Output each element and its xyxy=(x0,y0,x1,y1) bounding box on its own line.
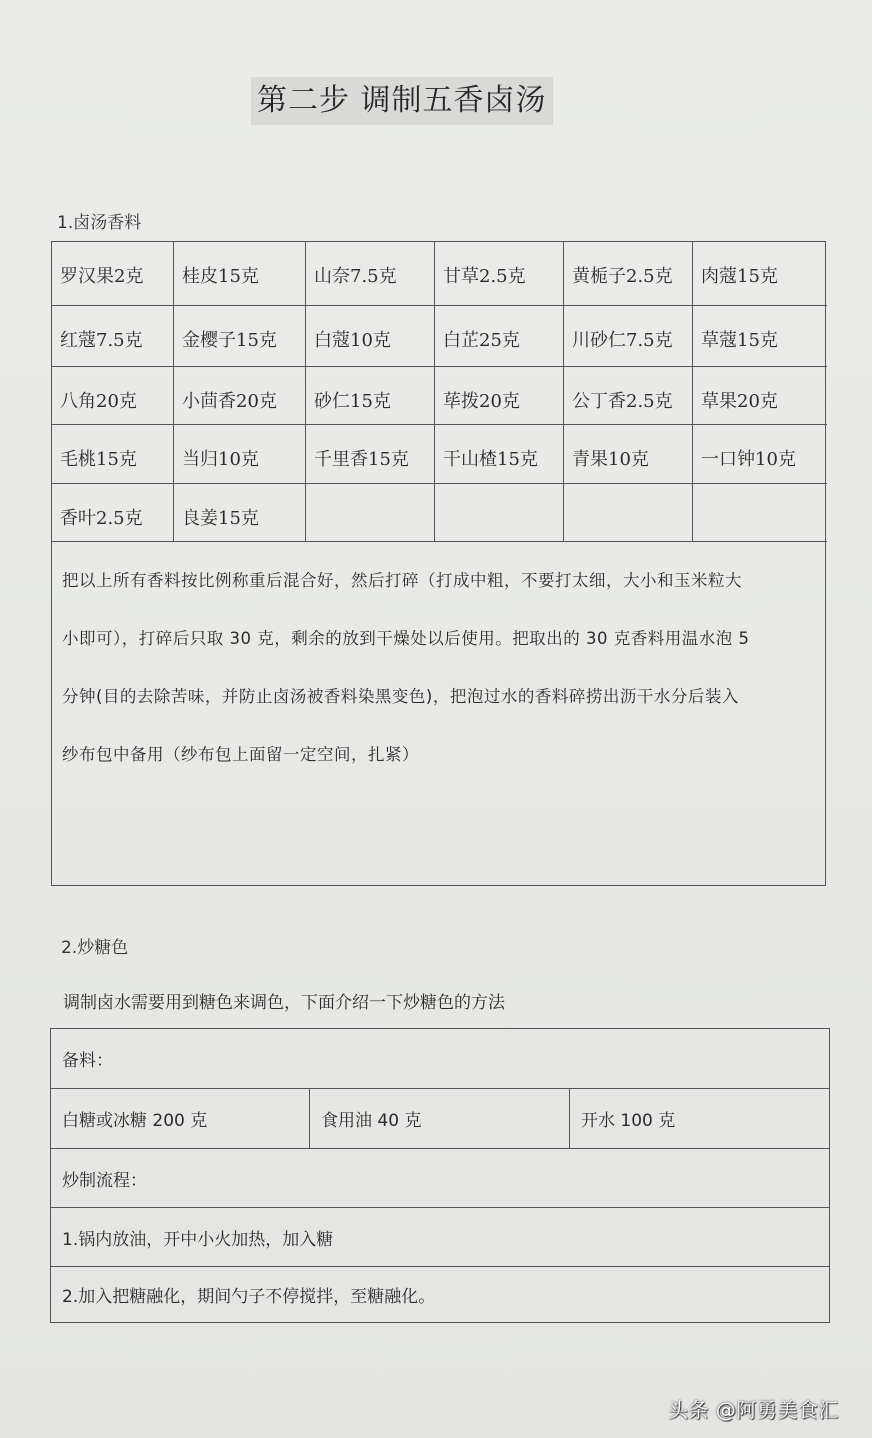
spice-cell: 干山楂15克 xyxy=(435,425,564,484)
spice-cell: 桂皮15克 xyxy=(174,242,306,306)
step-row: 1.锅内放油，开中小火加热，加入糖 xyxy=(51,1208,829,1267)
spice-cell: 八角20克 xyxy=(52,367,174,425)
spice-cell: 一口钟10克 xyxy=(693,425,827,484)
section-heading-spices: 1.卤汤香料 xyxy=(57,208,141,233)
spice-cell: 白蔻10克 xyxy=(306,306,435,367)
spice-cell: 良姜15克 xyxy=(174,484,306,542)
spice-cell: 黄栀子2.5克 xyxy=(564,242,693,306)
materials-label: 备料： xyxy=(62,1046,113,1071)
spice-cell: 毛桃15克 xyxy=(52,425,174,484)
spice-cell: 砂仁15克 xyxy=(306,367,435,425)
spice-cell: 千里香15克 xyxy=(306,425,435,484)
spice-cell: 公丁香2.5克 xyxy=(564,367,693,425)
spice-cell: 青果10克 xyxy=(564,425,693,484)
materials-row: 白糖或冰糖 200 克 食用油 40 克 开水 100 克 xyxy=(51,1089,829,1149)
spice-cell: 山奈7.5克 xyxy=(306,242,435,306)
step-text: 1.锅内放油，开中小火加热，加入糖 xyxy=(62,1225,333,1250)
spice-cell: 香叶2.5克 xyxy=(52,484,174,542)
spice-table: 罗汉果2克 桂皮15克 山奈7.5克 甘草2.5克 黄栀子2.5克 肉蔻15克 … xyxy=(51,241,826,886)
spice-instructions: 把以上所有香料按比例称重后混合好，然后打碎（打成中粗，不要打太细，大小和玉米粒大… xyxy=(52,542,825,784)
spice-cell-empty xyxy=(564,484,693,542)
spice-cell: 小茴香20克 xyxy=(174,367,306,425)
watermark: 头条 @阿勇美食汇 xyxy=(668,1394,839,1423)
spice-cell-empty xyxy=(693,484,827,542)
material-cell: 开水 100 克 xyxy=(569,1089,829,1148)
section-heading-caramel: 2.炒糖色 xyxy=(61,933,128,958)
spice-cell: 金樱子15克 xyxy=(174,306,306,367)
spice-cell: 甘草2.5克 xyxy=(435,242,564,306)
spice-cell: 当归10克 xyxy=(174,425,306,484)
document-page: 第二步 调制五香卤汤 1.卤汤香料 罗汉果2克 桂皮15克 山奈7.5克 甘草2… xyxy=(0,0,872,1438)
process-label-row: 炒制流程： xyxy=(51,1149,829,1208)
spice-cell-empty xyxy=(306,484,435,542)
instruction-line: 纱布包中备用（纱布包上面留一定空间，扎紧） xyxy=(62,726,815,784)
spice-cell: 荜拨20克 xyxy=(435,367,564,425)
step-text: 2.加入把糖融化，期间勺子不停搅拌，至糖融化。 xyxy=(62,1282,435,1307)
spice-cell: 草蔻15克 xyxy=(693,306,827,367)
caramel-table: 备料： 白糖或冰糖 200 克 食用油 40 克 开水 100 克 炒制流程： … xyxy=(50,1028,830,1323)
spice-cell-empty xyxy=(435,484,564,542)
caramel-intro: 调制卤水需要用到糖色来调色，下面介绍一下炒糖色的方法 xyxy=(63,988,505,1013)
spice-cell: 草果20克 xyxy=(693,367,827,425)
process-label: 炒制流程： xyxy=(62,1166,147,1191)
instruction-line: 分钟(目的去除苦味，并防止卤汤被香料染黑变色)，把泡过水的香料碎捞出沥干水分后装… xyxy=(62,668,815,726)
material-cell: 食用油 40 克 xyxy=(309,1089,569,1148)
instruction-line: 把以上所有香料按比例称重后混合好，然后打碎（打成中粗，不要打太细，大小和玉米粒大 xyxy=(62,552,815,610)
materials-label-row: 备料： xyxy=(51,1029,829,1089)
instruction-line: 小即可），打碎后只取 30 克，剩余的放到干燥处以后使用。把取出的 30 克香料… xyxy=(62,610,815,668)
spice-cell: 白芷25克 xyxy=(435,306,564,367)
material-cell: 白糖或冰糖 200 克 xyxy=(51,1089,309,1148)
spice-cell: 肉蔻15克 xyxy=(693,242,827,306)
page-title: 第二步 调制五香卤汤 xyxy=(251,77,553,125)
spice-cell: 川砂仁7.5克 xyxy=(564,306,693,367)
step-row: 2.加入把糖融化，期间勺子不停搅拌，至糖融化。 xyxy=(51,1267,829,1321)
spice-cell: 红蔻7.5克 xyxy=(52,306,174,367)
spice-cell: 罗汉果2克 xyxy=(52,242,174,306)
spice-grid: 罗汉果2克 桂皮15克 山奈7.5克 甘草2.5克 黄栀子2.5克 肉蔻15克 … xyxy=(52,242,825,542)
